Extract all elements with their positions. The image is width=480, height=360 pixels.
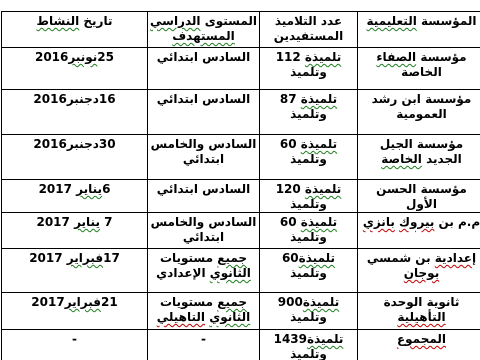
spellcheck-marked-text: الثانوي — [209, 310, 250, 324]
spellcheck-marked-text: تلميذة — [301, 92, 337, 106]
text-run: مستويات — [160, 295, 217, 309]
cell-level: السادس والخامس ابتدائي — [148, 213, 260, 249]
text-run: مؤسسة ابن رشد العمومية — [372, 92, 472, 121]
header-row: المؤسسة التعليميةعدد التلاميذ المستفيدين… — [2, 12, 480, 48]
text-run: السادس والخامس ابتدائي — [151, 137, 257, 166]
text-run: وتلميذ — [290, 347, 327, 360]
cell-students: 60 تلميذة وتلميذ — [260, 135, 358, 180]
text-run: 17 — [103, 251, 120, 265]
cell-institution: مؤسسة الجيل الجديد الخاصة — [358, 135, 480, 180]
cell-date: 17فبراير 2017 — [2, 249, 148, 293]
table-row: مؤسسة الصفاء الخاصة112 تلميذة وتلميذالسا… — [2, 48, 480, 90]
text-run: 60 — [282, 251, 299, 265]
spellcheck-marked-text: يناير — [76, 182, 102, 196]
cell-date: 7 يناير 2017 — [2, 213, 148, 249]
text-run: وتلميذ — [290, 152, 327, 166]
cell-institution: ثانوية الوحدة التأهيلية — [358, 293, 480, 330]
cell-institution: م.م بن بيروك بانزي — [358, 213, 480, 249]
text-run: 2016 — [35, 50, 68, 64]
cell-level: السادس ابتدائي — [148, 90, 260, 135]
header-level: المستوى الدراسي المستهدف — [148, 12, 260, 48]
cell-institution: مؤسسة الصفاء الخاصة — [358, 48, 480, 90]
spellcheck-marked-text: بانزي — [363, 215, 395, 229]
text-run: مؤسسة — [416, 50, 466, 64]
table-body: مؤسسة الصفاء الخاصة112 تلميذة وتلميذالسا… — [2, 48, 480, 360]
cell-institution: المجموع — [358, 330, 480, 360]
spellcheck-marked-text: يناير — [74, 215, 100, 229]
spellcheck-marked-text: إعدادية — [435, 251, 476, 265]
spellcheck-marked-text: نونبر — [68, 50, 97, 64]
cell-date: 25نونبر2016 — [2, 48, 148, 90]
cell-level: السادس ابتدائي — [148, 48, 260, 90]
spellcheck-marked-text: الصفاء — [376, 50, 416, 64]
table-row: مؤسسة ابن رشد العمومية87 تلميذة وتلميذال… — [2, 90, 480, 135]
text-run: 87 — [280, 92, 301, 106]
spellcheck-marked-text: تلميذة — [307, 332, 343, 346]
text-run: السادس والخامس ابتدائي — [151, 215, 257, 244]
text-run: 21 — [101, 295, 118, 309]
text-run: 2017 — [39, 182, 77, 196]
text-run: 900 — [278, 295, 303, 309]
text-run: 120 — [276, 182, 305, 196]
cell-level: - — [148, 330, 260, 360]
spellcheck-marked-text: التعليمية — [367, 14, 417, 28]
table-row: مؤسسة الجيل الجديد الخاصة60 تلميذة وتلمي… — [2, 135, 480, 180]
table-row: مؤسسة الحسن الأول120 تلميذة وتلميذالسادس… — [2, 180, 480, 213]
text-run: 6 — [102, 182, 110, 196]
activities-table: المؤسسة التعليميةعدد التلاميذ المستفيدين… — [1, 11, 480, 360]
text-run: وتلميذ — [290, 65, 327, 79]
text-run: 30دجنبر2016 — [33, 137, 115, 151]
document-page: المؤسسة التعليميةعدد التلاميذ المستفيدين… — [0, 0, 480, 360]
text-run: - — [72, 332, 77, 346]
text-run: تاريخ — [79, 14, 112, 28]
header-date: تاريخ النشاط — [2, 12, 148, 48]
cell-institution: إعدادية بن شمسي بوجان — [358, 249, 480, 293]
spellcheck-marked-text: التاهيلي — [157, 310, 205, 324]
cell-date: 6يناير 2017 — [2, 180, 148, 213]
cell-students: 87 تلميذة وتلميذ — [260, 90, 358, 135]
text-run: ثانوية الوحدة — [384, 295, 460, 309]
table-header: المؤسسة التعليميةعدد التلاميذ المستفيدين… — [2, 12, 480, 48]
spellcheck-marked-text: الدراسي — [150, 14, 201, 28]
cell-students: 60 تلميذة وتلميذ — [260, 213, 358, 249]
cell-students: 60تلميذة وتلميذ — [260, 249, 358, 293]
spellcheck-marked-text: تلميذة — [301, 215, 337, 229]
text-run: وتلميذ — [290, 266, 327, 280]
spellcheck-marked-text: المستهدف — [172, 29, 235, 43]
text-run: وتلميذ — [290, 230, 327, 244]
table-row: إعدادية بن شمسي بوجان60تلميذة وتلميذجميع… — [2, 249, 480, 293]
spellcheck-marked-text: الخاصة — [381, 152, 422, 166]
text-run: 2017 — [31, 295, 64, 309]
cell-students: 120 تلميذة وتلميذ — [260, 180, 358, 213]
text-run: 2017 — [29, 251, 67, 265]
text-run: السادس ابتدائي — [157, 50, 250, 64]
spellcheck-marked-text: تلميذة — [299, 251, 335, 265]
cell-date: 16دجنبر2016 — [2, 90, 148, 135]
spellcheck-marked-text: النشاط — [37, 14, 80, 28]
cell-level: جميع مستويات الثانوي التاهيلي — [148, 293, 260, 330]
cell-students: 112 تلميذة وتلميذ — [260, 48, 358, 90]
spellcheck-marked-text: تلميذة — [303, 295, 339, 309]
cell-level: السادس ابتدائي — [148, 180, 260, 213]
spellcheck-marked-text: فبراير — [67, 251, 103, 265]
cell-date: 30دجنبر2016 — [2, 135, 148, 180]
text-run: - — [201, 332, 206, 346]
spellcheck-marked-text: تلميذة — [305, 50, 341, 64]
cell-students: 900تلميذة وتلميذ — [260, 293, 358, 330]
spellcheck-marked-text: جميع — [217, 251, 247, 265]
text-run: م.م بن — [434, 215, 480, 229]
cell-date: 21فبراير2017 — [2, 293, 148, 330]
cell-date: - — [2, 330, 148, 360]
cell-level: السادس والخامس ابتدائي — [148, 135, 260, 180]
table-row: ثانوية الوحدة التأهيلية900تلميذة وتلميذج… — [2, 293, 480, 330]
text-run: مستويات — [160, 251, 217, 265]
spellcheck-marked-text: تلميذة — [301, 137, 337, 151]
spellcheck-marked-text: المجموع — [397, 332, 446, 346]
text-run: المؤسسة — [417, 14, 477, 28]
text-run: السادس ابتدائي — [157, 92, 250, 106]
text-run: بن شمسي — [367, 251, 435, 265]
cell-institution: مؤسسة الحسن الأول — [358, 180, 480, 213]
text-run: المستوى — [201, 14, 257, 28]
text-run: 60 — [280, 137, 301, 151]
text-run: 2017 — [36, 215, 74, 229]
text-run: وتلميذ — [290, 107, 327, 121]
spellcheck-marked-text: بيروك — [399, 215, 434, 229]
cell-students: 1439تلميذة وتلميذ — [260, 330, 358, 360]
text-run: 112 — [276, 50, 305, 64]
header-institution: المؤسسة التعليمية — [358, 12, 480, 48]
text-run: 1439 — [274, 332, 307, 346]
spellcheck-marked-text: بوجان — [404, 266, 439, 280]
cell-institution: مؤسسة ابن رشد العمومية — [358, 90, 480, 135]
text-run: 60 — [280, 215, 301, 229]
text-run: 25 — [97, 50, 114, 64]
text-run: عدد التلاميذ المستفيدين — [274, 14, 344, 43]
spellcheck-marked-text: الثانوي — [210, 266, 251, 280]
text-run: وتلميذ — [290, 310, 327, 324]
text-run: مؤسسة الحسن الأول — [376, 182, 467, 211]
text-run: الإعدادي — [156, 266, 210, 280]
text-run: 16دجنبر2016 — [33, 92, 115, 106]
table-row: المجموع1439تلميذة وتلميذ-- — [2, 330, 480, 360]
spellcheck-marked-text: التأهيلية — [397, 310, 445, 324]
text-run: 7 — [100, 215, 113, 229]
spellcheck-marked-text: تلميذة — [305, 182, 341, 196]
table-row: م.م بن بيروك بانزي60 تلميذة وتلميذالسادس… — [2, 213, 480, 249]
text-run: الخاصة — [401, 65, 442, 79]
spellcheck-marked-text: جميع — [217, 295, 247, 309]
spellcheck-marked-text: فبراير — [65, 295, 101, 309]
text-run: السادس ابتدائي — [157, 182, 250, 196]
header-students: عدد التلاميذ المستفيدين — [260, 12, 358, 48]
cell-level: جميع مستويات الثانوي الإعدادي — [148, 249, 260, 293]
text-run: وتلميذ — [290, 197, 327, 211]
